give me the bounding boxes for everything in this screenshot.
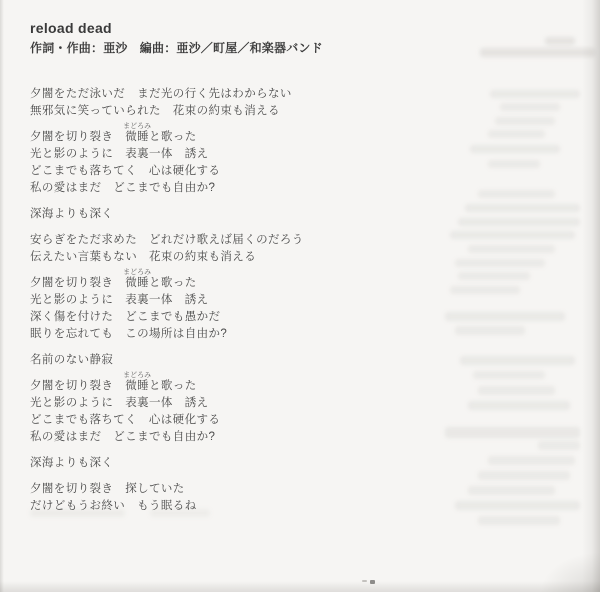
lyric-line: だけどもうお終い もう眠るね <box>30 498 304 515</box>
ghost-showthrough-text <box>488 160 540 168</box>
lyric-line: 夕闇を切り裂き 探していた <box>30 481 304 498</box>
ghost-showthrough-text <box>500 103 560 111</box>
ghost-showthrough-text <box>488 130 545 138</box>
lyric-line: どこまでも落ちてく 心は硬化する <box>30 412 304 429</box>
lyric-stanza: 安らぎをただ求めた どれだけ歌えば届くのだろう伝えたい言葉もない 花束の約束も消… <box>30 232 304 266</box>
ghost-showthrough-text <box>460 356 575 365</box>
lyric-stanza: 夕闇を切り裂き 微睡まどろみと歌った光と影のように 表裏一体 誘えどこまでも落ち… <box>30 378 304 446</box>
ghost-showthrough-text <box>488 456 575 465</box>
scan-edge-bottom <box>0 581 600 592</box>
ghost-showthrough-text <box>468 486 555 495</box>
ghost-showthrough-text <box>458 218 580 226</box>
ghost-showthrough-text <box>480 48 595 57</box>
lyric-line: 深く傷を付けた どこまでも愚かだ <box>30 309 304 326</box>
lyric-line: 私の愛はまだ どこまでも自由か? <box>30 180 304 197</box>
ghost-showthrough-text <box>455 259 545 267</box>
ghost-showthrough-text <box>473 371 545 379</box>
lyric-stanza: 夕闇を切り裂き 微睡まどろみと歌った光と影のように 表裏一体 誘えどこまでも落ち… <box>30 129 304 197</box>
scan-speck <box>370 580 375 584</box>
lyric-line: 深海よりも深く <box>30 455 304 472</box>
scan-edge-right <box>582 0 600 592</box>
ghost-showthrough-text <box>468 401 570 410</box>
lyric-line: 私の愛はまだ どこまでも自由か? <box>30 429 304 446</box>
ghost-showthrough-text <box>490 90 580 98</box>
lyric-line: 眠りを忘れても この場所は自由か? <box>30 326 304 343</box>
scan-speck <box>362 580 367 582</box>
lyric-stanza: 名前のない静寂 <box>30 352 304 369</box>
lyric-stanza: 夕闇を切り裂き 探していただけどもうお終い もう眠るね <box>30 481 304 515</box>
scan-edge-left <box>0 0 4 592</box>
ghost-showthrough-text <box>478 386 555 395</box>
page-header: reload dead 作詞・作曲：亜沙 編曲：亜沙／町屋／和楽器バンド <box>30 20 323 55</box>
ghost-showthrough-text <box>545 37 575 45</box>
song-credits: 作詞・作曲：亜沙 編曲：亜沙／町屋／和楽器バンド <box>30 41 323 55</box>
lyric-line: 深海よりも深く <box>30 206 304 223</box>
ghost-showthrough-text <box>455 326 525 335</box>
ghost-showthrough-text <box>478 516 560 525</box>
ghost-showthrough-text <box>470 145 560 153</box>
furigana-word: 微睡まどろみ <box>125 378 149 395</box>
scan-corner-shade <box>540 552 600 592</box>
lyric-line: 光と影のように 表裏一体 誘え <box>30 395 304 412</box>
lyric-line: どこまでも落ちてく 心は硬化する <box>30 163 304 180</box>
lyric-stanza: 夕闇を切り裂き 微睡まどろみと歌った光と影のように 表裏一体 誘え深く傷を付けた… <box>30 275 304 343</box>
lyric-stanza: 夕闇をただ泳いだ まだ光の行く先はわからない無邪気に笑っていられた 花束の約束も… <box>30 86 304 120</box>
furigana-word: 微睡まどろみ <box>125 275 149 292</box>
ghost-showthrough-text <box>538 441 580 450</box>
lyric-line: 伝えたい言葉もない 花束の約束も消える <box>30 249 304 266</box>
ghost-showthrough-text <box>465 204 580 212</box>
lyric-line: 無邪気に笑っていられた 花束の約束も消える <box>30 103 304 120</box>
lyric-line: 夕闇を切り裂き 微睡まどろみと歌った <box>30 129 304 146</box>
ghost-showthrough-text <box>478 471 570 480</box>
lyrics-body: 夕闇をただ泳いだ まだ光の行く先はわからない無邪気に笑っていられた 花束の約束も… <box>30 86 304 524</box>
lyric-line: 安らぎをただ求めた どれだけ歌えば届くのだろう <box>30 232 304 249</box>
lyric-line: 夕闇をただ泳いだ まだ光の行く先はわからない <box>30 86 304 103</box>
lyric-line: 夕闇を切り裂き 微睡まどろみと歌った <box>30 275 304 292</box>
ghost-showthrough-text <box>478 190 555 198</box>
furigana-reading: まどろみ <box>123 269 151 276</box>
lyric-line: 夕闇を切り裂き 微睡まどろみと歌った <box>30 378 304 395</box>
furigana-word: 微睡まどろみ <box>125 129 149 146</box>
lyric-stanza: 深海よりも深く <box>30 206 304 223</box>
lyric-line: 光と影のように 表裏一体 誘え <box>30 292 304 309</box>
lyric-line: 名前のない静寂 <box>30 352 304 369</box>
ghost-showthrough-text <box>450 286 520 294</box>
ghost-showthrough-text <box>445 427 580 438</box>
ghost-showthrough-text <box>458 272 530 280</box>
ghost-showthrough-text <box>455 501 580 510</box>
ghost-showthrough-text <box>495 117 555 125</box>
ghost-showthrough-text <box>468 245 555 253</box>
lyric-line: 光と影のように 表裏一体 誘え <box>30 146 304 163</box>
furigana-reading: まどろみ <box>123 123 151 130</box>
scanned-lyrics-page: reload dead 作詞・作曲：亜沙 編曲：亜沙／町屋／和楽器バンド 夕闇を… <box>0 0 600 592</box>
furigana-reading: まどろみ <box>123 372 151 379</box>
ghost-showthrough-text <box>450 231 575 239</box>
lyric-stanza: 深海よりも深く <box>30 455 304 472</box>
song-title: reload dead <box>30 20 323 36</box>
ghost-showthrough-text <box>445 312 565 321</box>
